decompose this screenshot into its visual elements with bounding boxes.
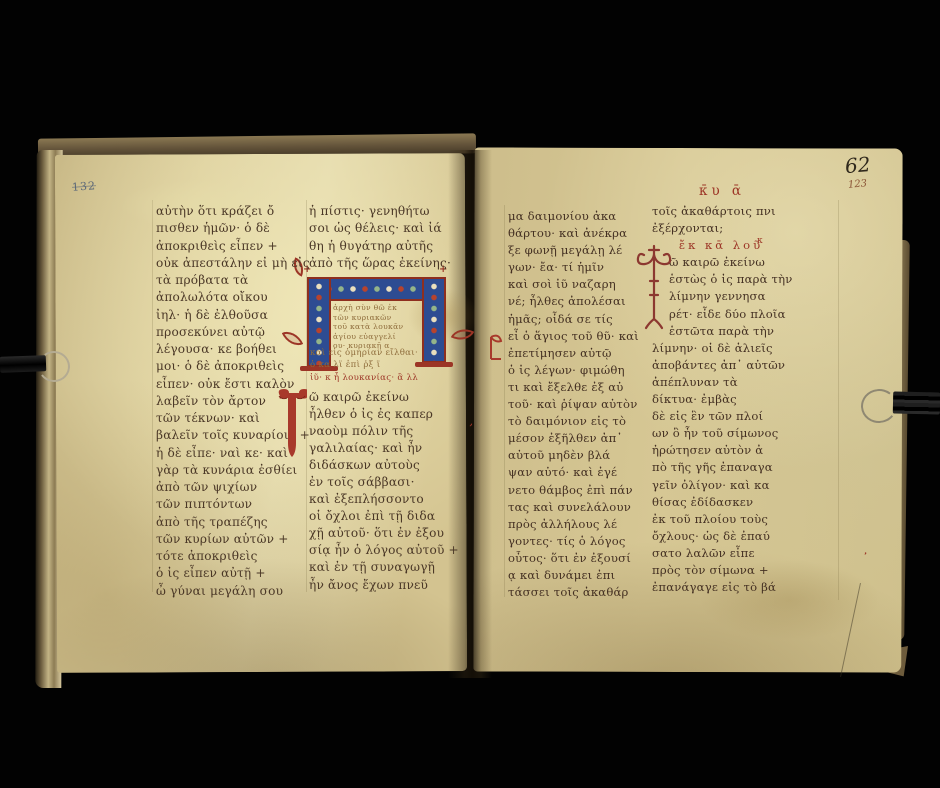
gospel-text-line: ῶ καιρῶ ἐκείνω: [309, 390, 459, 407]
right-column-2: τοῖς ἀκαθάρτοις πνιἐξέρχονται;ἔκ κᾱ λοῦῶ…: [652, 204, 793, 597]
gospel-text-line: ναοὺμ πόλιν τῆς: [309, 424, 459, 441]
gospel-text-line: ξε φωνῇ μεγάλῃ λέ: [508, 243, 639, 260]
gospel-text-line: ων ὃ ἦν τοῦ σίμωνος: [652, 426, 793, 443]
gospel-text-line: ἀπολωλότα οἴκου: [156, 290, 310, 307]
gospel-text-line: τὸ δαιμόνιον εἰς τὸ: [508, 414, 639, 431]
ruling-line: [838, 200, 839, 600]
gospel-text-line: πισθεν ἡμῶν· ὁ δὲ: [156, 221, 310, 238]
gospel-text-line: ἀπὸ τῆς ὥρας ἐκείνης·: [309, 256, 451, 273]
gospel-text-line: γαλιλαίας· καὶ ἦν: [309, 441, 459, 458]
gospel-text-line: μέσον ἐξῆλθεν ἀπ᾽: [508, 431, 639, 448]
folio-number-left: 132: [72, 179, 97, 194]
gospel-text-line: μα δαιμονίου ἀκα: [508, 209, 639, 226]
gospel-text-line: ἐκ τοῦ πλοίου τοὺς: [652, 512, 793, 529]
gospel-text-line: θάρτου· καὶ ἀνέκρα: [508, 226, 639, 243]
gospel-text-line: οἱ ὄχλοι ἐπὶ τῇ διδα: [309, 509, 459, 526]
gospel-text-line: ἡμᾶς; οἶδά σε τίς: [508, 312, 639, 329]
right-column-1: μα δαιμονίου ἀκαθάρτου· καὶ ἀνέκραξε φων…: [508, 209, 639, 602]
gospel-text-line: ἑστῶτα παρὰ τὴν: [652, 324, 793, 341]
gospel-text-line: θίσας ἐδίδασκεν: [652, 495, 793, 512]
gospel-text-line: καὶ σοὶ ἰῦ ναζαρη: [508, 277, 639, 294]
gospel-text-line: ὁ ἰς εἶπεν αὐτῇ +: [156, 566, 310, 583]
rubric-line: ἀρχὴ σὺν θῶ ἐκ: [333, 303, 421, 313]
gospel-text-line: νετο θάμβος ἐπὶ πάν: [508, 483, 639, 500]
gospel-text-line: πρὸς τὸν σίμωνα +: [652, 563, 793, 580]
margin-paragraph-mark: [485, 333, 505, 369]
gospel-text-line: διδάσκων αὐτοὺς: [309, 458, 459, 475]
gospel-text-line: σίᾳ ἦν ὁ λόγος αὐτοῦ +: [309, 543, 459, 560]
gospel-text-line: καὶ ἐξεπλήσσοντο: [309, 492, 459, 509]
ruling-line: [504, 205, 505, 597]
gospel-text-line: ἀποκριθεὶς εἶπεν +: [156, 239, 310, 256]
gospel-text-line: ἐξέρχονται;: [652, 221, 793, 238]
gospel-text-line: ἀπὸ τῶν ψιχίων: [156, 480, 310, 497]
gospel-text-line: ὦ γύναι μεγάλη σου: [156, 584, 310, 601]
gospel-text-line: ἦλθεν ὁ ἰς ἐς καπερ: [309, 407, 459, 424]
gospel-text-line: γων· ἔα· τί ἡμῖν: [508, 260, 639, 277]
rubric-superscript: κ: [757, 236, 763, 246]
ruling-line: [152, 200, 153, 592]
gospel-text-line: εἶ ὁ ἅγιος τοῦ θῦ· καὶ: [508, 329, 639, 346]
folio-number-right-secondary: 123: [848, 178, 868, 191]
gospel-text-line: ῶ καιρῶ ἐκείνω: [652, 255, 793, 272]
gospel-text-line: τι καὶ ἔξελθε ἐξ αὐ: [508, 380, 639, 397]
gospel-text-line: τας καὶ συνελάλουν: [508, 500, 639, 517]
headpiece-rubric: ἀρχὴ σὺν θῶ ἐκτῶν κυριακῶντοῦ κατὰ λουκᾶ…: [333, 303, 421, 351]
gospel-text-line: ἠρώτησεν αὐτὸν ἀ: [652, 443, 793, 460]
gospel-text-line: ἀπὸ τῆς τραπέζης: [156, 515, 310, 532]
gospel-text-line: καὶ ἐν τῇ συναγωγῇ: [309, 560, 459, 577]
gospel-text-line: οὗτος· ὅτι ἐν ἐξουσί: [508, 551, 639, 568]
page-holder-rod-right: [893, 392, 940, 415]
gospel-text-line: χῇ αὐτοῦ· ὅτι ἐν ἐξου: [309, 526, 459, 543]
gospel-text-line: λέγουσα· κε βοήθει: [156, 342, 310, 359]
rubric-below-headpiece: καὶ εἰς ὁμηρίαν εἴλθαι·ὁ κα λϊ ἐπὶ ῥξ ϊἰ…: [310, 347, 452, 384]
gospel-text-line: πρὸς ἀλλήλους λέ: [508, 517, 639, 534]
gospel-text-line: λίμνην· οἱ δὲ ἁλιεῖς: [652, 341, 793, 358]
gospel-text-line: δὲ εἰς ἓν τῶν πλοί: [652, 409, 793, 426]
folio-number-right: 62: [844, 152, 871, 178]
gospel-text-line: ψαν αὐτό· καὶ ἐγέ: [508, 465, 639, 482]
gospel-text-line: ὁ ἰς λέγων· φιμώθη: [508, 363, 639, 380]
gospel-text-line: ἀποβάντες ἀπ᾽ αὐτῶν: [652, 358, 793, 375]
gospel-text-line: προσεκύνει αὐτῷ: [156, 325, 310, 342]
rubric-line: ὁ κα λϊ ἐπὶ ῥξ ϊ: [310, 359, 452, 371]
gospel-text-line: τάσσει τοῖς ἀκαθάρ: [508, 585, 639, 602]
gospel-text-line: πὸ τῆς γῆς ἐπαναγα: [652, 460, 793, 477]
gospel-text-line: ρέτ· εἶδε δύο πλοῖα: [652, 307, 793, 324]
gospel-text-line: ἦν ἄνος ἔχων πνεῦ: [309, 578, 459, 595]
rubric-line: καὶ εἰς ὁμηρίαν εἴλθαι·: [310, 347, 452, 359]
gospel-text-line: ἐν τοῖς σάββασι·: [309, 475, 459, 492]
gospel-text-line: ἐπετίμησεν αὐτῷ: [508, 346, 639, 363]
gospel-text-line: οὐκ ἀπεστάλην εἰ μὴ εἰς: [156, 256, 310, 273]
gospel-text-line: δίκτυα· ἐμβὰς: [652, 392, 793, 409]
rubric-line: τοῦ κατὰ λουκᾶν: [333, 322, 421, 332]
left-column-2-bottom: ῶ καιρῶ ἐκείνωἦλθεν ὁ ἰς ἐς καπερναοὺμ π…: [309, 390, 459, 595]
gospel-text-line: τῶν πιπτόντων: [156, 497, 310, 514]
gospel-text-line: τῶν κυρίων αὐτῶν +: [156, 532, 310, 549]
gospel-text-line: ἑστὼς ὁ ἰς παρὰ τὴν: [652, 272, 793, 289]
lection-header: κ̄υ ᾱ: [699, 183, 745, 199]
gospel-text-line: ἡ πίστις· γενηθήτω: [309, 204, 451, 221]
gospel-text-line: ἐπανάγαγε εἰς τὸ βά: [652, 580, 793, 597]
initial-tau-right: [636, 243, 672, 337]
gospel-text-line: αὐτοῦ μηδὲν βλά: [508, 448, 639, 465]
left-column-2-top: ἡ πίστις· γενηθήτωσοι ὡς θέλεις· καὶ ἰάθ…: [309, 204, 451, 273]
gospel-text-line: μοι· ὁ δὲ ἀποκριθεὶς: [156, 359, 310, 376]
rubric-line: τῶν κυριακῶν: [333, 313, 421, 323]
gospel-text-line: γεῖν ὀλίγον· καὶ κα: [652, 478, 793, 495]
gospel-text-line: αὐτὴν ὅτι κράζει ὄ: [156, 204, 310, 221]
rubric-line: ἁγίου εὐαγγελί: [333, 332, 421, 342]
gospel-text-line: σατο λαλῶν εἶπε: [652, 546, 793, 563]
initial-tau-left: [277, 387, 307, 465]
gospel-text-line: λίμνην γεννησα: [652, 289, 793, 306]
gospel-text-line: γοντες· τίς ὁ λόγος: [508, 534, 639, 551]
gospel-text-line: νέ; ἦλθες ἀπολέσαι: [508, 294, 639, 311]
gospel-text-line: σοι ὡς θέλεις· καὶ ἰά: [309, 221, 451, 238]
gospel-text-line: τὰ πρόβατα τὰ: [156, 273, 310, 290]
gospel-text-line: ᾳ καὶ δυνάμει ἐπι: [508, 568, 639, 585]
gospel-text-line: ὄχλους· ὡς δὲ ἐπαύ: [652, 529, 793, 546]
gospel-text-line: ἰηλ· ἡ δὲ ἐλθοῦσα: [156, 308, 310, 325]
gospel-text-line: θη ἡ θυγάτηρ αὐτῆς: [309, 239, 451, 256]
rubric-line: ἰῦ· κ ἦ λουκανίαϛ· ἃ λλ: [310, 372, 452, 384]
manuscript-photo: 132 62 123 κ̄υ ᾱ αὐτὴν ὅτι κράζει ὄπισθε…: [0, 0, 940, 788]
gospel-text-line: τότε ἀποκριθεὶς: [156, 549, 310, 566]
gospel-text-line: τοῦ· καὶ ῥίψαν αὐτὸν: [508, 397, 639, 414]
gospel-text-line: γὰρ τὰ κυνάρια ἐσθίει: [156, 463, 310, 480]
gospel-text-line: ἔκ κᾱ λοῦ: [652, 238, 790, 255]
gospel-text-line: ἀπέπλυναν τὰ: [652, 375, 793, 392]
gospel-text-line: τοῖς ἀκαθάρτοις πνι: [652, 204, 793, 221]
